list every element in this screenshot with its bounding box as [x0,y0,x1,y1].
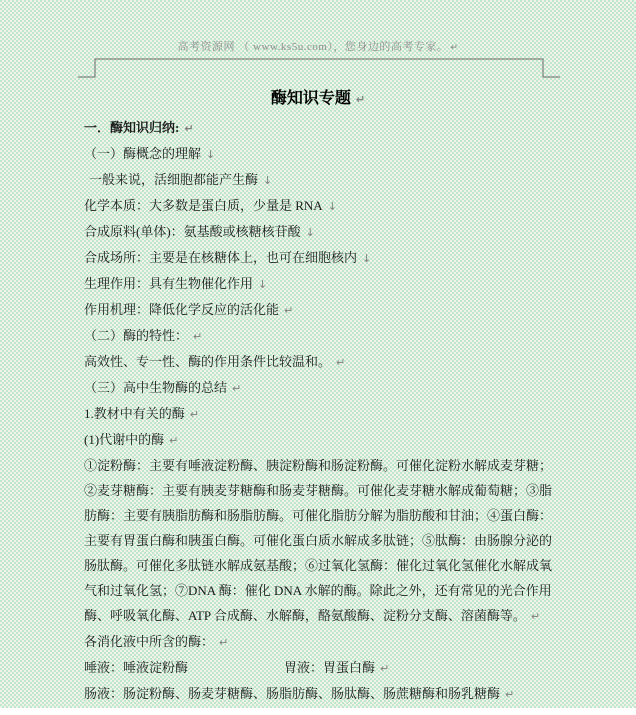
doc-line-synthesis-site: 合成场所：主要是在核糖体上，也可在细胞核内↓ [84,245,552,271]
line-text: (1)代谢中的酶 [84,432,164,447]
subheading-concept: （一）酶概念的理解↓ [84,141,552,167]
subheading-digestive-juices: 各消化液中所含的酶：↵ [84,629,552,655]
line-text: （一）酶概念的理解 [84,146,201,161]
line-break-mark-icon: ↓ [362,252,371,265]
line-text: 合成场所：主要是在核糖体上，也可在细胞核内 [84,250,357,265]
paragraph-mark-icon: ↵ [505,688,514,701]
paragraph-text: ①淀粉酶：主要有唾液淀粉酶、胰淀粉酶和肠淀粉酶。可催化淀粉水解成麦芽糖；②麦芽糖… [84,458,552,623]
doc-title-text: 酶知识专题 [271,90,351,107]
paragraph-mark-icon: ↵ [531,610,540,623]
line-text: 生理作用：具有生物催化作用 [84,276,253,291]
subheading-properties: （二）酶的特性：↵ [84,323,552,349]
heading-enzyme-summary: 一．酶知识归纳:↵ [84,115,552,141]
line-text: （三）高中生物酶的总结 [84,380,227,395]
subheading-metabolism-enzymes: (1)代谢中的酶↵ [84,427,552,453]
paragraph-mark-icon: ↵ [193,330,202,343]
paragraph-mark-icon: ↵ [356,93,365,106]
line-text: 作用机理：降低化学反应的活化能 [84,302,279,317]
header-site-text: 高考资源网 （ www.ks5u.com），您身边的高考专家。 [178,41,449,53]
doc-title: 酶知识专题↵ [84,84,552,115]
paragraph-mark-icon: ↵ [169,434,178,447]
line-break-mark-icon: ↓ [206,148,215,161]
paragraph-enzyme-list: ①淀粉酶：主要有唾液淀粉酶、胰淀粉酶和肠淀粉酶。可催化淀粉水解成麦芽糖；②麦芽糖… [84,453,552,629]
doc-line-intestinal-juice: 肠液：肠淀粉酶、肠麦芽糖酶、肠脂肪酶、肠肽酶、肠蔗糖酶和肠乳糖酶↵ [84,681,552,707]
line-text: 高效性、专一性、酶的作用条件比较温和。 [84,354,331,369]
doc-line-chemical-nature: 化学本质：大多数是蛋白质，少量是 RNA↓ [84,193,552,219]
paragraph-mark-icon: ↵ [336,356,345,369]
document-page: 高考资源网 （ www.ks5u.com），您身边的高考专家。↵ 酶知识专题↵ … [0,0,636,715]
doc-line: 一般来说，活细胞都能产生酶↓ [84,167,552,193]
doc-line-properties: 高效性、专一性、酶的作用条件比较温和。↵ [84,349,552,375]
paragraph-mark-icon: ↵ [190,408,199,421]
subheading-biology-enzymes: （三）高中生物酶的总结↵ [84,375,552,401]
line-break-mark-icon: ↓ [258,278,267,291]
document-body: 酶知识专题↵ 一．酶知识归纳:↵ （一）酶概念的理解↓ 一般来说，活细胞都能产生… [84,84,552,707]
bottom-white-strip [0,708,636,715]
line-text: 1.教材中有关的酶 [84,406,185,421]
heading-text: 一．酶知识归纳: [84,120,179,135]
line-text: 化学本质：大多数是蛋白质，少量是 RNA [84,198,323,213]
gastric-column-text: 胃液：胃蛋白酶 [284,660,375,675]
page-header: 高考资源网 （ www.ks5u.com），您身边的高考专家。↵ [0,38,636,54]
line-text: 肠液：肠淀粉酶、肠麦芽糖酶、肠脂肪酶、肠肽酶、肠蔗糖酶和肠乳糖酶 [84,686,500,701]
line-break-mark-icon: ↓ [306,226,315,239]
doc-line-saliva-gastric: 唾液：唾液淀粉酶胃液：胃蛋白酶↵ [84,655,552,681]
line-break-mark-icon: ↓ [263,174,272,187]
doc-line-raw-material: 合成原料(单体)：氨基酸或核糖核苷酸↓ [84,219,552,245]
paragraph-mark-icon: ↵ [284,304,293,317]
paragraph-mark-icon: ↵ [184,122,193,135]
paragraph-mark-icon: ↵ [380,662,389,675]
line-text: 合成原料(单体)：氨基酸或核糖核苷酸 [84,224,301,239]
line-break-mark-icon: ↓ [328,200,337,213]
paragraph-mark-icon: ↵ [450,43,458,53]
line-text: （二）酶的特性： [84,328,188,343]
saliva-column-text: 唾液：唾液淀粉酶 [84,655,284,680]
doc-line-physiological-role: 生理作用：具有生物催化作用↓ [84,271,552,297]
line-text: 一般来说，活细胞都能产生酶 [89,172,258,187]
paragraph-mark-icon: ↵ [219,636,228,649]
paragraph-mark-icon: ↵ [232,382,241,395]
doc-line-mechanism: 作用机理：降低化学反应的活化能↵ [84,297,552,323]
subheading-textbook-enzymes: 1.教材中有关的酶↵ [84,401,552,427]
line-text: 各消化液中所含的酶： [84,634,214,649]
